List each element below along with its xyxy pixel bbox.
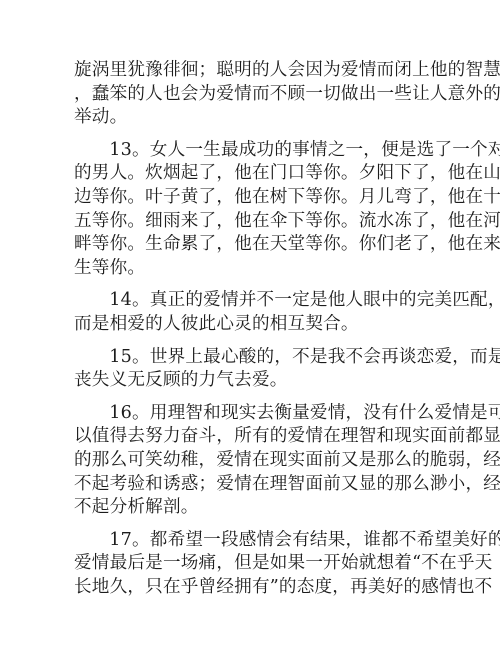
text-line: 长地久，只在乎曾经拥有”的态度，再美好的感情也不 [74,576,430,600]
paragraph-15: 15。世界上最心酸的，不是我不会再谈恋爱，而是 丧失义无反顾的力气去爱。 [74,346,430,393]
text-line: 14。真正的爱情并不一定是他人眼中的完美匹配， [74,289,430,313]
text-line: 17。都希望一段感情会有结果，谁都不希望美好的 [74,529,430,553]
document-page: 旋涡里犹豫徘徊；聪明的人会因为爱情而闭上他的智慧 ，蠢笨的人也会为爱情而不顾一切… [74,59,430,608]
text-line: 的那么可笑幼稚，爱情在现实面前又是那么的脆弱，经 [74,449,430,473]
text-line: 边等你。叶子黄了，他在树下等你。月儿弯了，他在十 [74,186,430,210]
text-line: 的男人。炊烟起了，他在门口等你。夕阳下了，他在山 [74,162,430,186]
paragraph-17: 17。都希望一段感情会有结果，谁都不希望美好的 爱情最后是一场痛，但是如果一开始… [74,529,430,600]
paragraph-13: 13。女人一生最成功的事情之一，便是选了一个对 的男人。炊烟起了，他在门口等你。… [74,139,430,281]
text-line: 爱情最后是一场痛，但是如果一开始就想着“不在乎天 [74,552,430,576]
paragraph-14: 14。真正的爱情并不一定是他人眼中的完美匹配， 而是相爱的人彼此心灵的相互契合。 [74,289,430,336]
text-line: 16。用理智和现实去衡量爱情，没有什么爱情是可 [74,402,430,426]
text-line: 而是相爱的人彼此心灵的相互契合。 [74,313,430,337]
text-line: 五等你。细雨来了，他在伞下等你。流水冻了，他在河 [74,210,430,234]
text-line: 畔等你。生命累了，他在天堂等你。你们老了，他在来 [74,233,430,257]
paragraph-16: 16。用理智和现实去衡量爱情，没有什么爱情是可 以值得去努力奋斗，所有的爱情在理… [74,402,430,520]
text-line: 13。女人一生最成功的事情之一，便是选了一个对 [74,139,430,163]
text-line: 丧失义无反顾的力气去爱。 [74,369,430,393]
text-line: 以值得去努力奋斗，所有的爱情在理智和现实面前都显 [74,425,430,449]
text-line: 不起考验和诱惑；爱情在理智面前又显的那么渺小，经 [74,473,430,497]
text-line: 15。世界上最心酸的，不是我不会再谈恋爱，而是 [74,346,430,370]
text-line: 举动。 [74,106,430,130]
paragraph-12-continuation: 旋涡里犹豫徘徊；聪明的人会因为爱情而闭上他的智慧 ，蠢笨的人也会为爱情而不顾一切… [74,59,430,130]
text-line: 生等你。 [74,257,430,281]
text-line: 旋涡里犹豫徘徊；聪明的人会因为爱情而闭上他的智慧 [74,59,430,83]
text-line: ，蠢笨的人也会为爱情而不顾一切做出一些让人意外的 [74,83,430,107]
text-line: 不起分析解剖。 [74,496,430,520]
